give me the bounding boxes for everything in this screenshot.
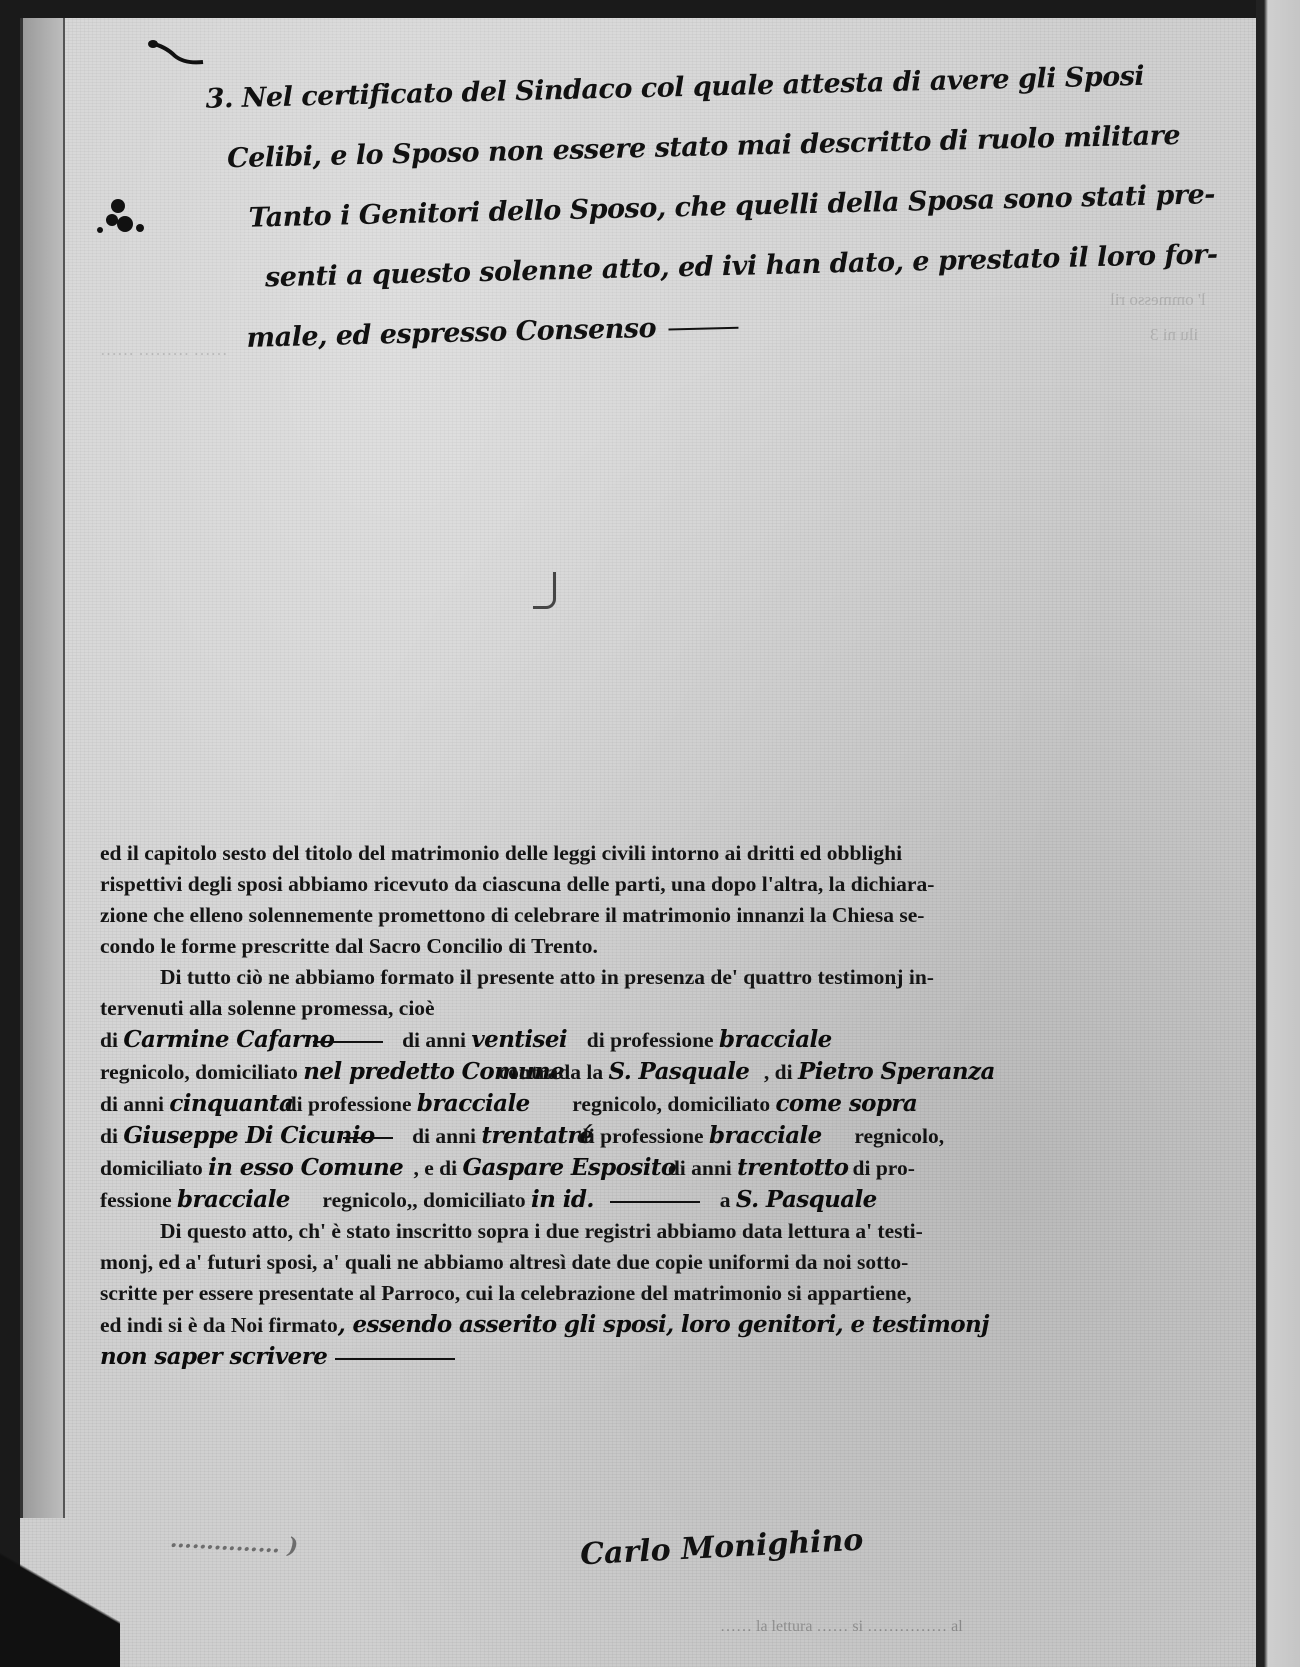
witness-3-age: trentatré <box>481 1120 571 1151</box>
closing-line-2: non saper scrivere <box>100 1341 1210 1373</box>
bleed-through-footer: …… la lettura …… si …………… al <box>720 1618 963 1636</box>
handwritten-addendum-1: , essendo asserito gli sposi, loro genit… <box>338 1309 989 1340</box>
witness-1-name: Carmine Cafarno <box>123 1024 293 1055</box>
printed-line: condo le forme prescritte dal Sacro Conc… <box>100 931 1210 962</box>
printed-line: Di tutto ciò ne abbiamo formato il prese… <box>100 962 1210 993</box>
printed-line: zione che elleno solennemente promettono… <box>100 900 1210 931</box>
marginal-handwritten-note: 3. Nel certificato del Sindaco col quale… <box>195 45 1222 370</box>
witness-row-2: regnicolo, domiciliato nel predetto Comu… <box>100 1056 1210 1088</box>
printed-line: Di questo atto, ch' è stato inscritto so… <box>100 1216 1210 1247</box>
page-corner-shadow <box>0 1417 120 1667</box>
witness-4-age: trentotto <box>737 1152 847 1183</box>
handwritten-addendum-2: non saper scrivere <box>100 1341 327 1372</box>
closing-dash <box>335 1358 455 1360</box>
witness-4-domicile: in id. <box>531 1184 591 1215</box>
ink-blot-icon <box>90 196 150 242</box>
witness-row-1: di Carmine Cafarno di anni ventisei di p… <box>100 1024 1210 1056</box>
blank-line <box>343 1137 393 1139</box>
printed-form-text: ed il capitolo sesto del titolo del matr… <box>100 838 1210 1373</box>
witness-3-domicile: in esso Comune <box>208 1152 408 1183</box>
printed-line: tervenuti alla solenne promessa, cioè <box>100 993 1210 1024</box>
witness-4-profession: bracciale <box>177 1184 317 1215</box>
witness-2-domicile: come sopra <box>776 1088 916 1119</box>
ink-flourish-icon <box>145 38 205 68</box>
printed-line: monj, ed a' futuri sposi, a' quali ne ab… <box>100 1247 1210 1278</box>
adjacent-page-edge <box>1256 0 1300 1667</box>
witness-row-4: di Giuseppe Di Cicunio di anni trentatré… <box>100 1120 1210 1152</box>
ink-stroke-mark <box>533 572 556 609</box>
blank-line <box>313 1041 383 1043</box>
blank-line <box>610 1201 700 1203</box>
witness-1-age: ventisei <box>471 1024 581 1055</box>
closing-line: ed indi si è da Noi firmato, essendo ass… <box>100 1309 1210 1341</box>
witness-2-name: Pietro Speranza <box>798 1056 968 1087</box>
witness-1-domicile: nel predetto Comune <box>303 1056 493 1087</box>
witness-row-5: domiciliato in esso Comune , e di Gaspar… <box>100 1152 1210 1184</box>
binding-edge <box>20 18 65 1518</box>
printed-line: rispettivi degli sposi abbiamo ricevuto … <box>100 869 1210 900</box>
witness-2-age: cinquanta <box>169 1088 279 1119</box>
printed-line: ed il capitolo sesto del titolo del matr… <box>100 838 1210 869</box>
printed-line: scritte per essere presentate al Parroco… <box>100 1278 1210 1309</box>
witness-4-street: S. Pasquale <box>736 1184 896 1215</box>
witness-3-profession: bracciale <box>709 1120 849 1151</box>
witness-row-6: fessione bracciale regnicolo,, domicilia… <box>100 1184 1210 1216</box>
witness-4-name: Gaspare Esposito <box>462 1152 662 1183</box>
witness-2-profession: bracciale <box>417 1088 567 1119</box>
witness-1-profession: bracciale <box>719 1024 869 1055</box>
closing-dash <box>668 326 738 330</box>
witness-3-name: Giuseppe Di Cicunio <box>123 1120 323 1151</box>
witness-1-street: S. Pasquale <box>609 1056 759 1087</box>
witness-row-3: di anni cinquanta di professione braccia… <box>100 1088 1210 1120</box>
